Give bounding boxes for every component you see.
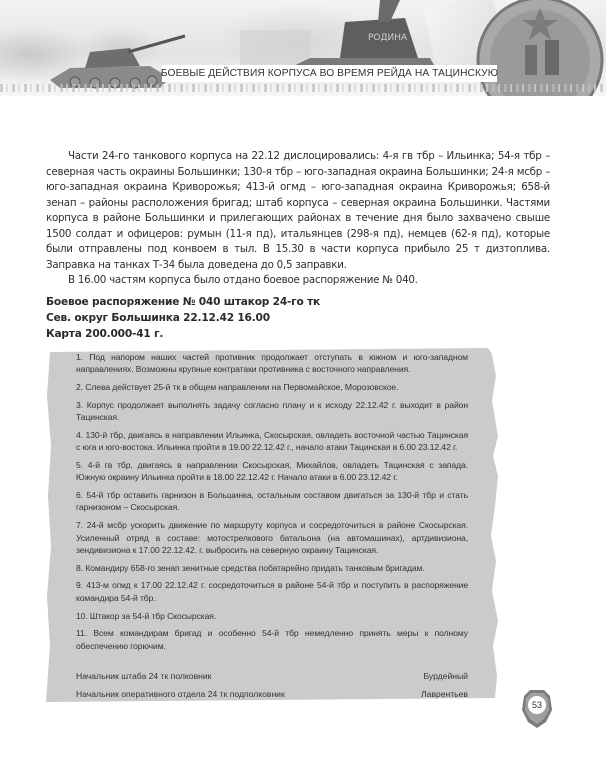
body-text: Части 24-го танкового корпуса на 22.12 д… (46, 149, 550, 289)
order-item: 4. 130-й тбр, двигаясь в направлении Иль… (76, 429, 468, 454)
paragraph: Части 24-го танкового корпуса на 22.12 д… (46, 149, 550, 273)
signature-position: Начальник оперативного отдела 24 тк подп… (76, 685, 285, 703)
chapter-title-bar: БОЕВЫЕ ДЕЙСТВИЯ КОРПУСА ВО ВРЕМЯ РЕЙДА Н… (162, 65, 497, 82)
signature-name: Бурдейный (423, 667, 468, 685)
order-item: 8. Командиру 658-го зенап зенитные средс… (76, 562, 468, 574)
page-number: 53 (520, 700, 554, 710)
order-item: 7. 24-й мсбр ускорить движение по маршру… (76, 519, 468, 556)
chapter-title: БОЕВЫЕ ДЕЙСТВИЯ КОРПУСА ВО ВРЕМЯ РЕЙДА Н… (161, 68, 498, 79)
svg-text:РОДИНА: РОДИНА (368, 33, 408, 43)
order-title: Боевое распоряжение № 040 штакор 24-го т… (46, 294, 346, 310)
paragraph: В 16.00 частям корпуса было отдано боево… (46, 273, 550, 289)
signatures-block: Начальник штаба 24 тк полковник Бурдейны… (76, 667, 468, 703)
signature-position: Начальник штаба 24 тк полковник (76, 667, 211, 685)
signature-name: Лаврентьев (421, 685, 468, 703)
order-item: 10. Штакор за 54-й тбр Скосырская. (76, 610, 468, 622)
order-items-list: 1. Под напором наших частей противник пр… (76, 351, 468, 657)
order-location-date: Сев. округ Большинка 22.12.42 16.00 (46, 310, 346, 326)
order-item: 9. 413-м огмд к 17.00 22.12.42 г. сосред… (76, 579, 468, 604)
signature-row: Начальник оперативного отдела 24 тк подп… (76, 685, 468, 703)
order-item: 5. 4-й гв тбр, двигаясь в направлении Ск… (76, 459, 468, 484)
order-item: 3. Корпус продолжает выполнять задачу со… (76, 399, 468, 424)
order-item: 6. 54-й тбр оставить гарнизон в Большинк… (76, 489, 468, 514)
decorative-strip (0, 84, 606, 92)
order-item: 11. Всем командирам бригад и особенно 54… (76, 627, 468, 652)
header-banner: РОДИНА БОЕВЫЕ ДЕЙСТВИЯ КОРПУСА ВО ВРЕМЯ … (0, 0, 606, 96)
order-item: 1. Под напором наших частей противник пр… (76, 351, 468, 376)
order-map-reference: Карта 200.000-41 г. (46, 326, 346, 342)
signature-row: Начальник штаба 24 тк полковник Бурдейны… (76, 667, 468, 685)
order-heading: Боевое распоряжение № 040 штакор 24-го т… (46, 294, 346, 342)
order-item: 2. Слева действует 25-й тк в общем напра… (76, 381, 468, 393)
